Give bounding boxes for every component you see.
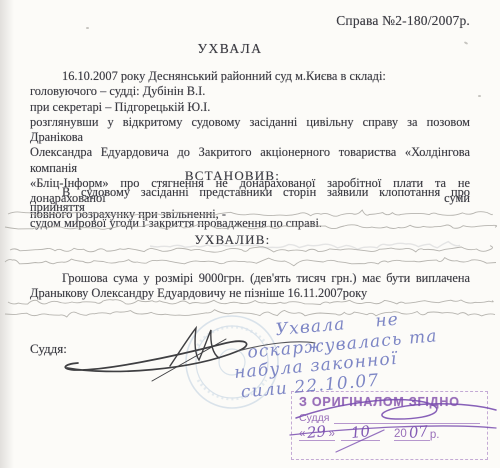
text-line: 16.10.2007 року Деснянський районний суд… — [30, 69, 470, 84]
text-line: головуючого – судді: Дубінін В.І. — [30, 84, 470, 99]
text-line: Грошова сума у розмірі 9000грн. (дев'ять… — [30, 271, 470, 286]
text-line: розглянувши у відкритому судовому засіда… — [30, 115, 470, 146]
ruled-paragraph: Грошова сума у розмірі 9000грн. (дев'ять… — [30, 271, 470, 302]
scanned-court-ruling-document: Справа №2-180/2007р. УХВАЛА 16.10.2007 р… — [0, 0, 500, 468]
text-line: В судовому засіданні представники сторін… — [30, 185, 470, 216]
certification-signature — [286, 390, 500, 460]
scan-speck — [86, 27, 89, 29]
case-number: Справа №2-180/2007р. — [336, 13, 470, 29]
text-line: судом мирової угоди і закриття проваджен… — [30, 216, 470, 231]
document-title: УХВАЛА — [0, 41, 460, 57]
scan-speck — [478, 95, 481, 97]
established-paragraph: В судовому засіданні представники сторін… — [30, 185, 470, 231]
text-line: при секретарі – Підгорецькій Ю.І. — [30, 100, 470, 115]
note-word-gap — [346, 327, 376, 330]
ruled-heading: УХВАЛИВ: — [0, 232, 465, 248]
scan-speck — [464, 41, 468, 45]
established-heading: ВСТАНОВИВ: — [0, 168, 465, 184]
